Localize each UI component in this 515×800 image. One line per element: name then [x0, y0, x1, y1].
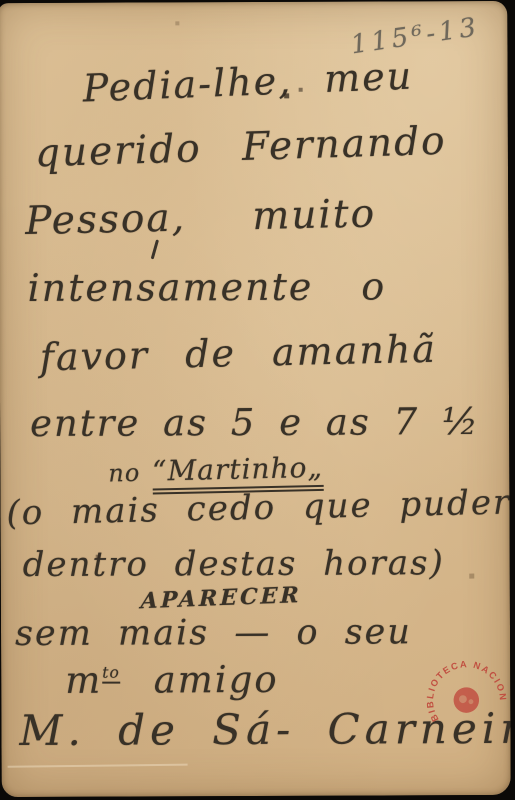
postcard: 115⁶-13 Pedia-lhe, meu querido Fernando …	[0, 1, 511, 797]
letter-line-5: favor de amanhã	[39, 327, 437, 380]
letter-line-3: Pessoa, muito	[25, 191, 377, 244]
scanner-background: { "annotations": { "archival_number": "1…	[0, 0, 515, 800]
letter-line-8: dentro destas horas)	[23, 543, 445, 585]
svg-text:BIBLIOTECA NACIONAL: BIBLIOTECA NACIONAL	[404, 638, 510, 730]
insert-prefix: no	[108, 459, 141, 488]
letter-line-2: querido Fernando	[34, 119, 447, 177]
muito-abbrev-base: m	[65, 659, 102, 702]
muito-amigo-rest: amigo	[120, 658, 279, 702]
letter-line-1: Pedia-lhe, meu	[82, 54, 414, 111]
letter-line-4: intensamente o	[27, 264, 386, 310]
aparecer-word: APARECER	[140, 582, 302, 614]
letter-line-9: sem mais — o seu	[15, 612, 412, 654]
paper-crease	[8, 764, 188, 768]
muito-abbrev-superscript: to	[102, 664, 120, 684]
stamp-text: BIBLIOTECA NACIONAL	[404, 638, 510, 730]
letter-line-6: entre as 5 e as 7 ½	[30, 400, 480, 445]
letter-line-muito-amigo: mto amigo	[65, 658, 279, 702]
archival-number: 115⁶-13	[349, 12, 482, 60]
pen-accent-stroke	[151, 239, 159, 259]
letter-insert-line: no“Martinho„	[108, 451, 323, 489]
letter-line-7: (o mais cedo que puder	[6, 482, 511, 533]
